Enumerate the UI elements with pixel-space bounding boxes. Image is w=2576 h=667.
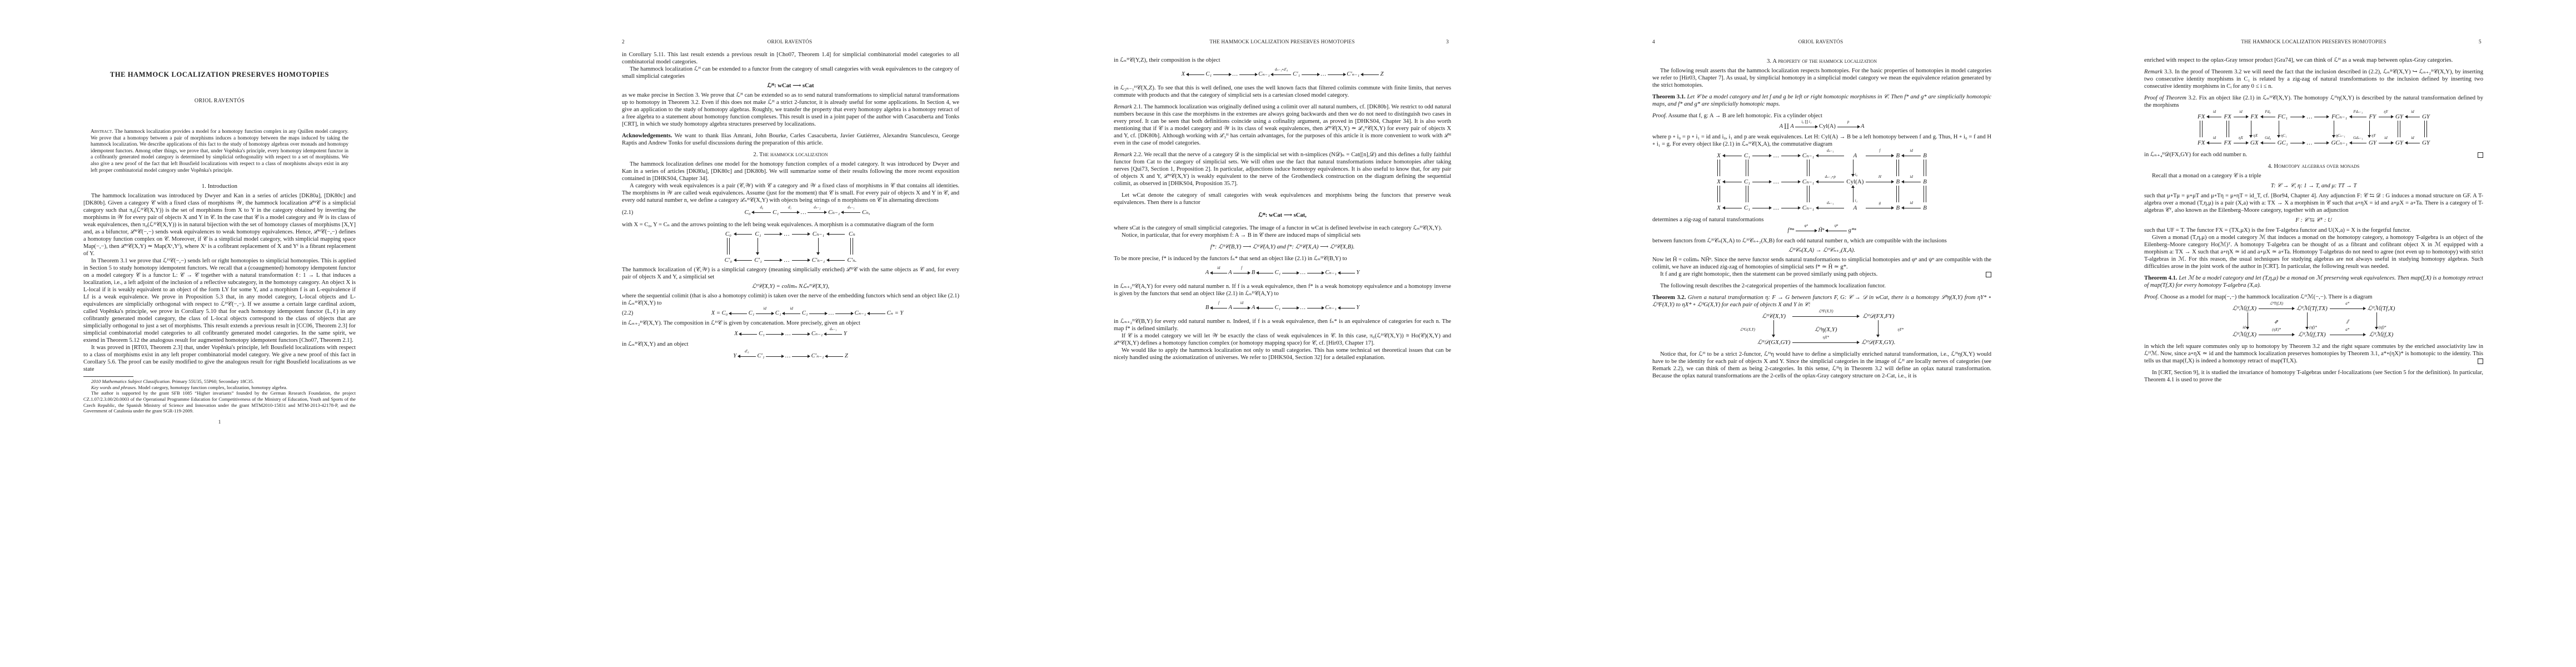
cd-node: … <box>1232 71 1237 77</box>
footnote-rule <box>83 376 133 377</box>
cd-node: A <box>1228 270 1232 276</box>
page-number-1: 1 <box>83 419 356 426</box>
p2-para-10: in ℒₙᴴ𝒞(X,Y) and an object <box>622 341 959 348</box>
arrow-label: ηCₙ₋₁ <box>2336 133 2345 138</box>
display-functor: ℒᴴ: wCat ⟶ sCat, <box>1114 212 1451 219</box>
page-5-body: enriched with respect to the oplax-Gray … <box>2144 57 2483 384</box>
qed-icon <box>2478 152 2483 158</box>
msc-label: 2010 Mathematics Subject Classification. <box>91 379 171 384</box>
cd-node: Cₙ₋₁ <box>1258 71 1270 77</box>
p3-para-3: Let wCat denote the category of small ca… <box>1114 192 1451 206</box>
cd-node: … <box>1772 178 1780 186</box>
cd-node: C₁ <box>1274 305 1280 311</box>
section-homotopy-algebras: 4. Homotopy algebras over monads <box>2144 163 2483 170</box>
page-2: 2 ORIOL RAVENTÓS in Corollary 5.11. This… <box>515 0 1030 667</box>
composition-chain: X C₁ … Cₙ₋₁ dₙ₋₁∘d′₀ C′₁ … C′ₙ₋₁ Z <box>1114 71 1451 78</box>
cd-node: Cₙ₋₁ <box>811 331 823 337</box>
cd-node: Y <box>1356 305 1359 311</box>
p2-para-5: A category with weak equivalences is a p… <box>622 182 959 204</box>
natural-transformation-diagram: FX id FX id FX Fd₀ FC₁ … FCₙ₋₁ Fdₙ₋₁ FY … <box>2144 113 2483 147</box>
arrow-label: i₀ <box>1855 172 1857 177</box>
page-4-body: 3. A property of the hammock localizatio… <box>1652 58 1991 380</box>
proof-text-2: in ℒₙ₊₄ᴴ𝒟(FX,GY) for each odd number n. <box>2144 152 2247 158</box>
cd-node: GY <box>2421 140 2431 147</box>
cd-node: Cₙ₋₁ <box>1801 205 1815 212</box>
cd-node: … <box>1772 205 1780 212</box>
object-chain-1: X C₁ … Cₙ₋₁ dₙ₋₁ Y <box>622 330 959 337</box>
cd-node: C₁ <box>753 231 763 238</box>
p2-para-2: The hammock localization ℒᴴ can be exten… <box>622 66 959 80</box>
cd-node: C₁ <box>1743 205 1751 212</box>
page-1: THE HAMMOCK LOCALIZATION PRESERVES HOMOT… <box>0 0 515 667</box>
cd-node: Z <box>1381 71 1384 77</box>
cd-node: FX <box>2196 140 2206 147</box>
running-head: ORIOL RAVENTÓS <box>1651 39 1990 44</box>
cd-node: Cₙ₋₁ <box>828 209 840 216</box>
cd-node: FC₁ <box>2276 113 2289 121</box>
cd-node: X <box>734 331 738 337</box>
cd-node: B <box>1922 152 1928 160</box>
arrow-label: dₙ₋₁ <box>841 204 860 211</box>
cd-node: Cₙ₋₁ <box>1325 305 1337 311</box>
proof-text-2: where p ∘ i₀ = p ∘ i₁ = id and i₀, i₁ an… <box>1652 133 1991 148</box>
cd-node: X <box>1716 205 1722 212</box>
cd-node: FCₙ₋₁ <box>2330 113 2348 121</box>
remark-label: Remark <box>1114 104 1132 110</box>
equation-number: (2.2) <box>622 310 655 317</box>
remark-number: 2.1. <box>1134 104 1143 110</box>
p2-para-6: with X = C₀, Y = Cₙ and the arrows point… <box>622 221 959 228</box>
cd-node: X <box>1716 152 1722 160</box>
cd-node: … <box>783 231 791 238</box>
p3-para-7: in ℒₙ₊₂ᴴ𝒞(A,Y) for every odd natural num… <box>1114 283 1451 297</box>
arrow-label: Fdₙ₋₁ <box>2350 108 2366 116</box>
page-5: THE HAMMOCK LOCALIZATION PRESERVES HOMOT… <box>2061 0 2576 667</box>
cd-node: FY <box>2368 113 2378 121</box>
proof-text-4: between functors from ℒᴴ𝒞ₙ(X,A) to ℒᴴ𝒞ₙ₊… <box>1652 237 1991 245</box>
cd-node: Y <box>844 331 847 337</box>
intro-paragraph-1: The hammock localization was introduced … <box>83 192 356 257</box>
arrow-label: ηC₁ <box>2281 133 2287 138</box>
page-3: THE HAMMOCK LOCALIZATION PRESERVES HOMOT… <box>1030 0 1546 667</box>
cd-node: X = C₀ <box>711 310 728 316</box>
cd-node: … <box>2306 113 2314 121</box>
cd-node: ℒᴴ𝒟(GX,GY) <box>1756 339 1791 346</box>
p2-para-1: in Corollary 5.11. This last result exte… <box>622 51 959 66</box>
cd-node: FX <box>2249 113 2260 121</box>
running-head: THE HAMMOCK LOCALIZATION PRESERVES HOMOT… <box>2144 39 2483 44</box>
arrow-label: f <box>1866 147 1894 155</box>
homotopy-square-diagram: ℒᴴ𝒞(X,Y) ℒᴴF(X,Y) ℒᴴ𝒟(FX,FY) ℒᴴG(X,Y) ℒᴴ… <box>1652 313 1991 346</box>
cd-node: C₁ <box>1205 71 1212 77</box>
retract-diagram: ℒᴴℳ(f,X) ℒᴴT(f,X) ℒᴴℳ(Tf,TX) a* ℒᴴℳ(Tf,X… <box>2144 305 2483 339</box>
p2-para-7: The hammock localization of (𝒞,𝒲) is a s… <box>622 266 959 281</box>
cd-node: Y <box>1356 270 1359 276</box>
paper-author: ORIOL RAVENTÓS <box>83 97 356 104</box>
p5-para-3: such that μ∘Tμ = μ∘μT and μ∘Tη = μ∘ηT = … <box>2144 192 2483 214</box>
paper-title: THE HAMMOCK LOCALIZATION PRESERVES HOMOT… <box>83 71 356 78</box>
cd-node: GY <box>2394 113 2404 121</box>
cd-node: ℒᴴ𝒟(FX,GY). <box>1860 339 1896 346</box>
arrow-label: i₁ <box>1855 198 1857 203</box>
arrow-label: id <box>1210 265 1227 272</box>
cd-node: FX <box>2223 140 2232 147</box>
p3-para-4: where sCat is the category of small simp… <box>1114 225 1451 232</box>
p3-para-1: in ℒₙᴴ𝒞(Y,Z), their composition is the o… <box>1114 57 1451 64</box>
p3-para-8: in ℒₙ₊₂ᴴ𝒞(B,Y) for every odd natural num… <box>1114 318 1451 332</box>
cd-node: … <box>1301 305 1306 311</box>
proof-text-5: Now let H̃ = colimₙ NH̃ⁿ. Since the nerv… <box>1652 256 1991 271</box>
cd-node: … <box>2306 140 2314 147</box>
display-monad: T: 𝒞 → 𝒞, η: 1 → T, and μ: TT → T <box>2144 182 2483 190</box>
arrow-label: id <box>1902 173 1921 181</box>
arrow-label: (ηf)* <box>2309 325 2317 330</box>
arrow-label: id <box>1902 147 1921 155</box>
p5-para-2: Recall that a monad on a category 𝒞 is a… <box>2144 172 2483 180</box>
intro-paragraph-3: It was proved in [RT03, Theorem 2.3] tha… <box>83 344 356 373</box>
cd-node: B <box>1895 152 1901 160</box>
chain-f-star: A id A f B C₁ … Cₙ₋₁ Y <box>1114 269 1451 276</box>
cd-node: GY <box>2421 113 2431 121</box>
theorem-4-1-text: Let ℳ be a model category and let (T,η,μ… <box>2144 275 2483 288</box>
page-4: 4 ORIOL RAVENTÓS 3. A property of the ha… <box>1546 0 2061 667</box>
cd-node: B <box>1895 178 1901 186</box>
cd-node: … <box>1301 270 1306 276</box>
cd-node: C′₀ <box>724 257 734 264</box>
keywords: Model category, homotopy function comple… <box>138 385 287 390</box>
cd-node: C′ₙ. <box>846 257 858 264</box>
theorem-label: Theorem 3.2. <box>1652 295 1686 301</box>
cd-node: B <box>1205 305 1209 311</box>
cd-node: A <box>1845 152 1865 160</box>
cd-node: A <box>1252 305 1255 311</box>
cd-node: H̃ⁿ <box>1818 227 1824 233</box>
cd-node: Cₙ <box>846 231 858 238</box>
page-2-body: in Corollary 5.11. This last result exte… <box>622 51 959 364</box>
proof-text-3: determines a zig-zag of natural transfor… <box>1652 216 1991 223</box>
cd-node: ℒᴴℳ(f,X) <box>2366 331 2396 339</box>
theorem-label: Theorem 4.1. <box>2144 275 2178 281</box>
p3-para-2: in ℒ₂ₙ₋₁ᴴ𝒞(X,Z). To see that this is wel… <box>1114 84 1451 99</box>
p5-para-6: In [CRT, Section 9], it is studied the i… <box>2144 369 2483 384</box>
remark-label: Remark <box>2144 69 2163 75</box>
cd-node: ℒᴴℳ(f,TX) <box>2295 331 2329 339</box>
cd-node: B <box>1252 270 1255 276</box>
chain-homotopy-inverse: B f A id A C₁ … Cₙ₋₁ Y <box>1114 304 1451 311</box>
p3-para-9: If 𝒞 is a model category we will let 𝒲 b… <box>1114 332 1451 347</box>
cd-node: … <box>783 257 791 264</box>
cylinder-object: A ∐ A i₀ ∐ i₁ Cyl(A) p A <box>1652 123 1991 130</box>
arrow-label: ℒᴴG(X,Y) <box>1739 320 1756 339</box>
remark-3-3-text: In the proof of Theorem 3.2 we will need… <box>2144 69 2483 89</box>
cd-node: C₁ <box>749 310 755 316</box>
theorem-label: Theorem 3.1. <box>1652 94 1686 100</box>
arrow-label: id <box>783 305 800 312</box>
cd-node: … <box>1772 152 1780 160</box>
remark-label: Remark <box>1114 152 1132 158</box>
cd-node: f*ⁿ <box>1787 227 1794 233</box>
arrow-label: ηY* <box>1896 320 1905 339</box>
arrow-label: dₙ₋₂ <box>808 204 826 211</box>
p5-para-4: such that UF = T. The functor FX = (TX,μ… <box>2144 227 2483 234</box>
proof-label: Proof. <box>2144 294 2159 300</box>
footnotes: 2010 Mathematics Subject Classification.… <box>83 379 356 414</box>
cd-node: Cₙ, <box>862 209 870 216</box>
cd-node: GY <box>2394 140 2404 147</box>
cd-node: X <box>1182 71 1185 77</box>
p3-para-10: We would like to apply the hammock local… <box>1114 347 1451 361</box>
cd-node: C₁ <box>802 310 808 316</box>
cd-node: B <box>1922 178 1928 186</box>
cd-node: Cₙ₋₁ <box>811 231 826 238</box>
arrow-label: dₙ₋₁ <box>824 326 842 333</box>
arrow-label: ℒᴴT(f,X) <box>2259 300 2294 307</box>
arrow-label: dₙ₋₁ <box>1816 200 1844 207</box>
cd-node: … <box>829 310 834 316</box>
display-adjunction: F : 𝒞 ⇆ 𝒞ᵀ : U <box>2144 217 2483 224</box>
running-head: ORIOL RAVENTÓS <box>621 39 959 44</box>
arrow-label: ηY <box>2371 133 2375 138</box>
cd-node: C′ₙ₋₁ <box>811 257 826 264</box>
cd-node: GY <box>2368 140 2378 147</box>
remark-number: 3.3. <box>2164 69 2173 75</box>
p5-para-1: enriched with respect to the oplax-Gray … <box>2144 57 2483 64</box>
cd-node: Cₙ₋₁ <box>1801 178 1815 186</box>
p4-para-2: The following result describes the 2-cat… <box>1652 282 1991 290</box>
cd-node: FX <box>2223 113 2232 121</box>
p4-para-3: Notice that, for ℒᴴ to be a strict 2-fun… <box>1652 351 1991 380</box>
cd-node: B <box>1922 205 1928 212</box>
display-colimit: ℒᴴ𝒞(X,Y) = colimₙ Nℒₙᴴ𝒞(X,Y), <box>622 283 959 290</box>
abstract-text: The hammock localization provides a mode… <box>91 129 348 173</box>
cd-node: C′₁ <box>757 353 764 359</box>
arrow-label: H <box>1866 173 1894 181</box>
cd-node: Cₙ = Y <box>887 310 904 316</box>
cd-node: A ∐ A <box>1779 123 1793 130</box>
acknowledgements-label: Acknowledgements. <box>622 133 672 139</box>
page-3-body: in ℒₙᴴ𝒞(Y,Z), their composition is the o… <box>1114 57 1451 361</box>
cd-node: C₁ <box>773 209 779 216</box>
cd-node: Y <box>733 353 736 359</box>
cd-node: B <box>1895 205 1901 212</box>
page-number-3: 3 <box>1446 39 1449 44</box>
cd-node: GX <box>2249 140 2260 147</box>
arrow-label: ψⁿ <box>1826 222 1847 230</box>
qed-icon <box>2478 359 2483 364</box>
msc-codes: Primary 55U35, 55P60; Secondary 18C35. <box>172 379 254 384</box>
cd-node: C₀ <box>724 231 734 238</box>
cd-node: C₀ <box>744 209 750 216</box>
p2-para-9: in ℒₙ₊₂ᴴ𝒞(X,Y). The composition in ℒᴴ𝒞 i… <box>622 320 959 327</box>
page-1-body: THE HAMMOCK LOCALIZATION PRESERVES HOMOT… <box>83 71 356 426</box>
remark-number: 2.2. <box>1134 152 1143 158</box>
cd-node: Z <box>845 353 848 359</box>
arrow-label: d₀ <box>752 204 771 211</box>
cd-node: FX <box>2196 113 2206 121</box>
cd-node: ℒᴴℳ(Tf,X) <box>2366 305 2396 312</box>
equation-2-1: (2.1) C₀ d₀ C₁ d₁ … dₙ₋₂ Cₙ₋₁ dₙ₋₁ Cₙ, <box>622 207 959 218</box>
theorem-3-2-text: Given a natural transformation η: F → G … <box>1652 295 1991 308</box>
cd-node: C′₁ <box>753 257 763 264</box>
section-hammock-localization: 2. The hammock localization <box>622 151 959 158</box>
cd-node: GCₙ₋₁ <box>2330 140 2348 147</box>
arrow-label: i₀ ∐ i₁ <box>1795 118 1817 126</box>
intro-paragraph-2: In Theorem 3.1 we prove that ℒᴴ𝒞(−,−) se… <box>83 257 356 344</box>
cd-node: C₁ <box>775 310 781 316</box>
proof-label: Proof of Theorem <box>2144 95 2186 101</box>
arrow-label: (ηX)* <box>2259 326 2294 333</box>
arrow-label: p <box>1837 118 1860 126</box>
arrow-label: ηX <box>2253 133 2258 138</box>
running-head: THE HAMMOCK LOCALIZATION PRESERVES HOMOT… <box>1113 39 1451 44</box>
proof-text: Choose as a model for map(−,−) the hammo… <box>2160 294 2373 300</box>
cd-node: ℒᴴℳ(f,X) <box>2231 331 2258 339</box>
cd-node: C₁ <box>1275 270 1281 276</box>
theorem-3-1-text: Let 𝒞 be a model category and let f and … <box>1652 94 1991 107</box>
arrow-label: d′₀ <box>738 348 756 355</box>
arrow-label: (ηf)* <box>2379 325 2386 330</box>
page-number-5: 5 <box>2479 39 2482 44</box>
cd-node: … <box>801 209 806 216</box>
cd-node: A <box>1228 305 1232 311</box>
section-property: 3. A property of the hammock localizatio… <box>1652 58 1991 65</box>
p3-para-5: Notice, in particular, that for every mo… <box>1114 232 1451 239</box>
funding-note: The author is supported by the grant SFB… <box>83 390 356 414</box>
arrow-label: ℒᴴF(X,Y) <box>1792 308 1859 315</box>
morphism-square-diagram: C₀ C₁ … Cₙ₋₁ Cₙ C′₀ <box>622 231 959 264</box>
acknowledgements-text: We want to thank Ilias Amrani, John Bour… <box>622 133 959 146</box>
equation-number: (2.1) <box>622 209 655 216</box>
proof-number: 3.2. <box>2188 95 2197 101</box>
cd-node: C₁ <box>1743 178 1751 186</box>
cd-node: C₁ <box>759 331 765 337</box>
cd-node: A <box>1205 270 1209 276</box>
cd-node: … <box>785 353 790 359</box>
cd-node: ℒᴴ𝒟(FX,FY) <box>1860 313 1896 320</box>
arrow-label: f <box>1210 300 1227 307</box>
section-introduction: 1. Introduction <box>83 183 356 190</box>
cd-node: Cₙ₋₁ <box>1325 270 1337 276</box>
proof-label: Proof. <box>1652 113 1667 119</box>
cd-node: X <box>1716 178 1722 186</box>
equation-2-2: (2.2) X = C₀ C₁ id C₁ id C₁ … Cₙ₋₁ Cₙ = … <box>622 310 959 317</box>
display-inclusion: ℒᴴ𝒞ₙ(X,A) → ℒᴴ𝒞ₙ₊₂(X,A). <box>1652 247 1991 254</box>
abstract-label: Abstract. <box>91 129 113 135</box>
arrow-label: φⁿ <box>1796 222 1817 230</box>
arrow-label: dₙ₋₁∘p <box>1816 173 1844 181</box>
display-functor: ℒᴴ: wCat ⟶ sCat <box>622 82 959 89</box>
cd-node: A <box>1845 205 1865 212</box>
cd-node: … <box>785 331 790 337</box>
cd-node: ℒᴴℳ(Tf,TX) <box>2295 305 2329 312</box>
arrow-label: a* <box>2330 300 2365 307</box>
cd-node: C′ₙ₋₁ <box>1347 71 1359 77</box>
p2-para-4: The hammock localization defines one mod… <box>622 161 959 182</box>
object-chain-2: Y d′₀ C′₁ … C′ₙ₋₁ Z <box>622 352 959 360</box>
remark-2-1-text: The hammock localization was originally … <box>1114 104 1451 146</box>
p3-para-6: To be more precise, f* is induced by the… <box>1114 255 1451 262</box>
arrow-label: dₙ₋₁∘d′₀ <box>1271 66 1291 73</box>
qed-icon <box>1986 272 1991 277</box>
cd-node: GC₁ <box>2276 140 2289 147</box>
cd-node: g*ⁿ <box>1848 227 1856 233</box>
cd-node: Cyl(A) <box>1819 123 1836 130</box>
cd-node: Cyl(A) <box>1845 178 1865 186</box>
arrow-label: g <box>1866 200 1894 207</box>
arrow-label: id <box>1902 200 1921 207</box>
p2-para-3: as we make precise in Section 3. We prov… <box>622 92 959 128</box>
proof-text-6: It f and g are right homotopic, then the… <box>1660 271 1877 277</box>
arrow-label: d₁ <box>780 204 799 211</box>
cd-node: C′₁ <box>1293 71 1300 77</box>
p5-para-5: Given a monad (T,η,μ) on a model categor… <box>2144 234 2483 270</box>
cylinder-grid-diagram: X C₁ … Cₙ₋₁ dₙ₋₁ A f B id B <box>1652 152 1991 212</box>
cd-node: ℒᴴℳ(f,X) <box>2231 305 2258 312</box>
arrow-label: dₙ₋₁ <box>1816 147 1844 155</box>
zigzag-diagram: f*ⁿ φⁿ H̃ⁿ ψⁿ g*ⁿ <box>1652 227 1991 234</box>
cd-node: Cₙ₋₁ <box>855 310 866 316</box>
cd-node: C′ₙ₋₁ <box>811 353 824 359</box>
keywords-label: Key words and phrases. <box>91 385 137 390</box>
arrow-label: a* <box>2330 326 2365 333</box>
p4-para-1: The following result asserts that the ha… <box>1652 67 1991 89</box>
cd-node: … <box>1321 71 1326 77</box>
cd-node: Cₙ₋₁ <box>1801 152 1815 160</box>
cd-node: C₁ <box>1743 152 1751 160</box>
cd-node: A <box>1861 123 1864 130</box>
arrow-label: ηX* <box>1792 334 1859 341</box>
arrow-label: Gdₙ₋₁ <box>2350 135 2366 142</box>
proof-text-2: in which the left square commutes only u… <box>2144 344 2483 364</box>
remark-2-2-text: We recall that the nerve of a category 𝒟… <box>1114 152 1451 187</box>
display-induced-maps: f*: ℒᴴ𝒞(B,Y) ⟶ ℒᴴ𝒞(A,Y) and f*: ℒᴴ𝒞(X,A)… <box>1114 243 1451 251</box>
cd-node: ℒᴴ𝒞(X,Y) <box>1756 313 1791 320</box>
abstract: Abstract. The hammock localization provi… <box>91 129 348 174</box>
